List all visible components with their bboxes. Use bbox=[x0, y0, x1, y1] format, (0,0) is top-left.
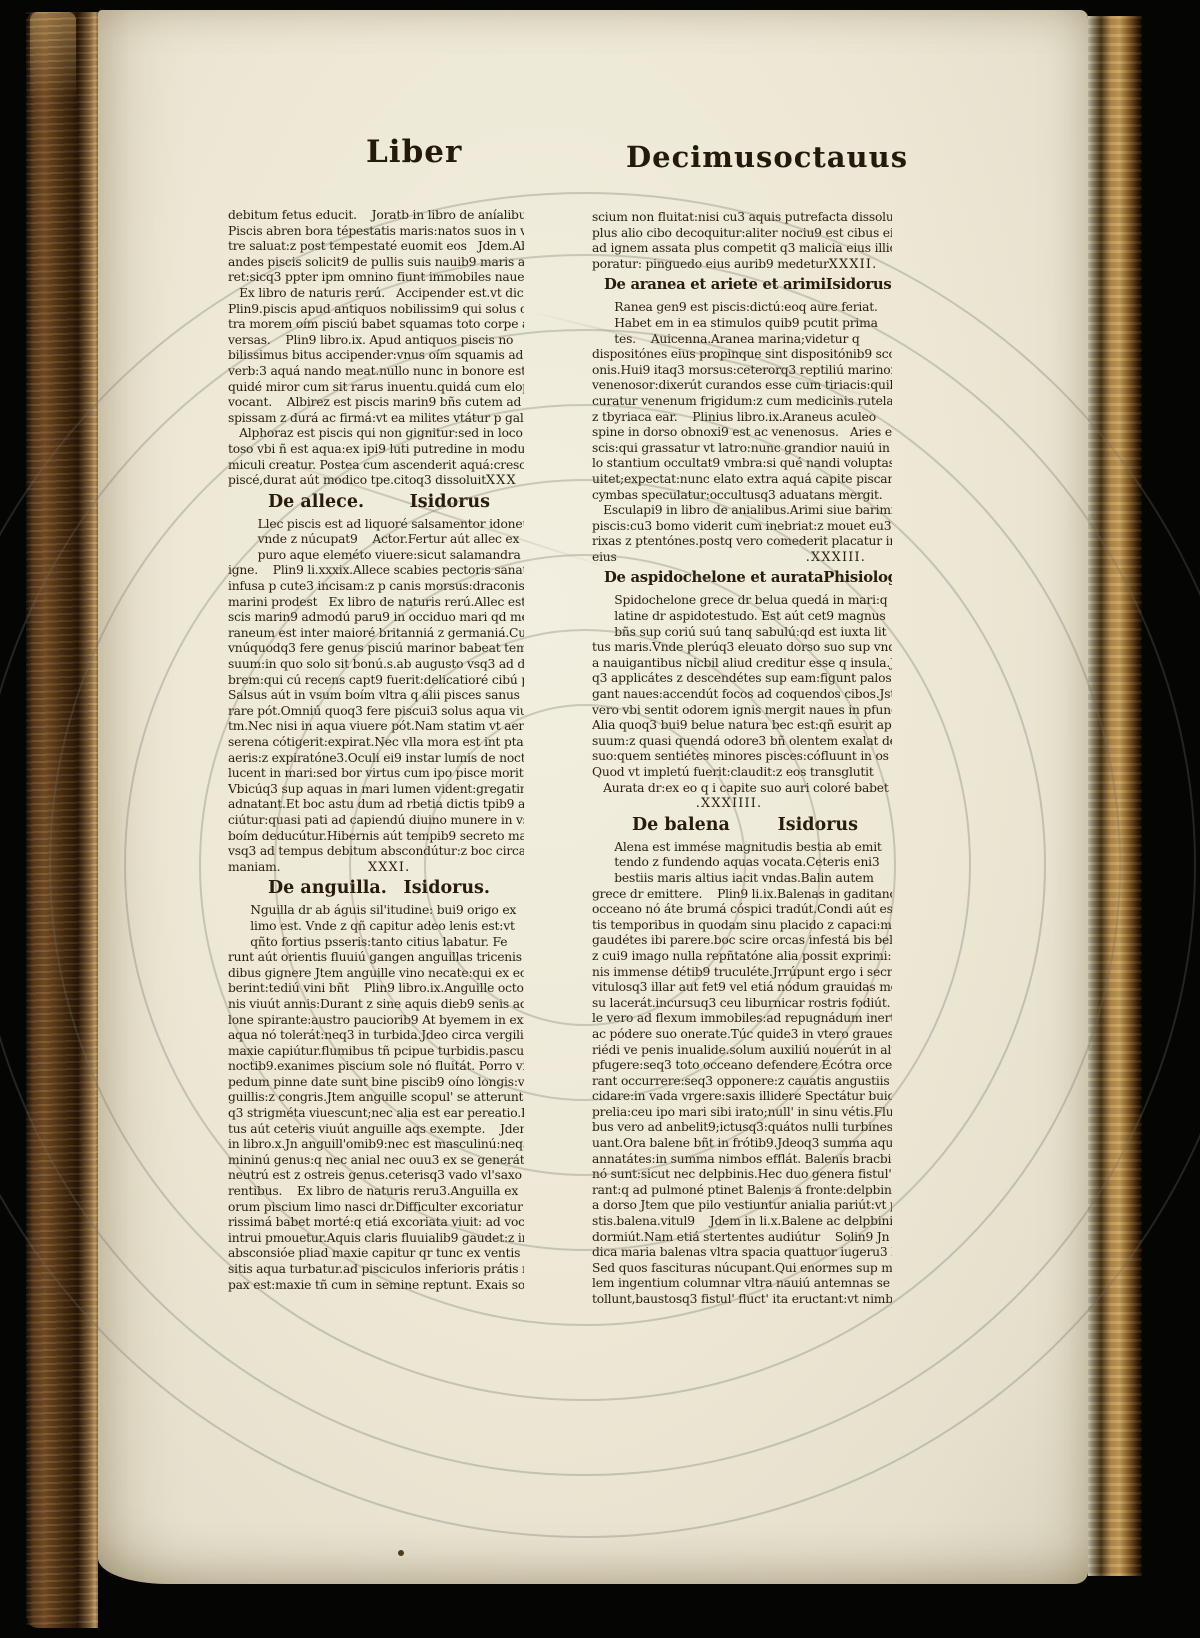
text-line: verb:3 aquá nando meat.nullo nunc in bon… bbox=[228, 364, 524, 380]
text-line: Spidochelone grece dr belua quedá in mar… bbox=[592, 593, 892, 609]
text-line: tre saluat:z post tempestaté euomit eos … bbox=[228, 239, 524, 255]
text-line: puro aque eleméto viuere:sicut salamandr… bbox=[228, 548, 524, 564]
text-line: le vero ad flexum immobiles:ad repugnádu… bbox=[592, 1011, 892, 1027]
text-line: in libro.x.Jn anguill'omib9:nec est masc… bbox=[228, 1137, 524, 1153]
text-line: ad ignem assata plus competit q3 malicia… bbox=[592, 241, 892, 257]
text-line: marini prodest Ex libro de naturis rerú.… bbox=[228, 595, 524, 611]
text-line: gant naues:accendút focos ad coquendos c… bbox=[592, 687, 892, 703]
text-line: Ex libro de naturis rerú. Accipender est… bbox=[228, 286, 524, 302]
text-line: dormiút.Nam etiá stertentes audiútur Sol… bbox=[592, 1230, 892, 1246]
running-header-liber: Liber bbox=[366, 134, 462, 170]
text-line: maniam.XXXI. bbox=[228, 860, 524, 876]
text-line: runt aút orientis fluuiú gangen anguilla… bbox=[228, 950, 524, 966]
text-line: tis temporibus in quodam sinu placido z … bbox=[592, 918, 892, 934]
section-heading: De allece.Isidorus bbox=[228, 489, 524, 517]
text-line: tes. Auicenna.Aranea marina;videtur q bbox=[592, 332, 892, 348]
text-line: spine in dorso obnoxi9 est ac venenosus.… bbox=[592, 425, 892, 441]
text-line: gaudétes ibi parere.boc scire orcas infe… bbox=[592, 933, 892, 949]
text-line: miculi creatur. Postea cum ascenderit aq… bbox=[228, 458, 524, 474]
text-line: tendo z fundendo aquas vocata.Ceteris en… bbox=[592, 855, 892, 871]
text-column-left: debitum fetus educit. Joratb in libro de… bbox=[228, 208, 524, 1316]
text-line: vnde z núcupat9 Actor.Fertur aút allec e… bbox=[228, 532, 524, 548]
text-line: bilissimus bitus accipender:vnus oím squ… bbox=[228, 348, 524, 364]
text-line: pedum pinne date sunt bine piscib9 oíno … bbox=[228, 1075, 524, 1091]
text-line: lucent in mari:sed bor virtus cum ipo pi… bbox=[228, 766, 524, 782]
text-line: toso vbi ñ est aqua:ex ipi9 luti putredi… bbox=[228, 442, 524, 458]
text-line: nis immense détib9 truculéte.Jrrúpunt er… bbox=[592, 965, 892, 981]
text-line: vocant. Albirez est piscis marin9 bñs cu… bbox=[228, 395, 524, 411]
section-heading: De aranea et ariete et arimiIsidorus bbox=[592, 272, 892, 300]
text-line: dibus gignere Jtem anguille vino necate:… bbox=[228, 966, 524, 982]
book-photograph: Liber Decimusoctauus debitum fetus educi… bbox=[0, 0, 1200, 1638]
text-line: scis:qui grassatur vt latro:nunc grandio… bbox=[592, 441, 892, 457]
text-line: vitulosq3 illar aut fet9 vel etiá nódum … bbox=[592, 980, 892, 996]
book-page: Liber Decimusoctauus debitum fetus educi… bbox=[98, 10, 1088, 1584]
text-line: Aurata dr:ex eo q i capite suo auri colo… bbox=[592, 781, 892, 797]
section-heading: De anguilla.Isidorus. bbox=[228, 875, 524, 903]
book-cover-left bbox=[26, 12, 98, 1628]
text-line: riédi ve penis inualide.solum auxiliú no… bbox=[592, 1043, 892, 1059]
text-line: rixas z ptentónes.postq vero comederit p… bbox=[592, 534, 892, 550]
text-line: lone spirante:austro pauciorib9 At byeme… bbox=[228, 1013, 524, 1029]
paper-speck bbox=[398, 1550, 404, 1556]
text-line: vnúquodq3 fere genus pisciú marinor babe… bbox=[228, 641, 524, 657]
text-line: poratur: pinguedo eius aurib9 medeturXXX… bbox=[592, 257, 892, 273]
page-edges-right bbox=[1088, 16, 1142, 1576]
text-line: bestiis maris altius iacit vndas.Balin a… bbox=[592, 871, 892, 887]
text-line: venenosor:dixerút curandos esse cum tiri… bbox=[592, 378, 892, 394]
text-line: q3 applicátes z descendétes sup eam:figu… bbox=[592, 671, 892, 687]
text-line: rant occurrere:seq3 opponere:z cauatis a… bbox=[592, 1074, 892, 1090]
text-line: ac pódere suo onerate.Túc quide3 in vter… bbox=[592, 1027, 892, 1043]
text-line: z tbyriaca ear. Plinius libro.ix.Araneus… bbox=[592, 410, 892, 426]
text-line: onis.Hui9 itaq3 morsus:ceterorq3 reptili… bbox=[592, 363, 892, 379]
text-line: guillis:z congris.Jtem anguille scopul' … bbox=[228, 1090, 524, 1106]
text-line: andes piscis solicit9 de pullis suis nau… bbox=[228, 255, 524, 271]
text-line: igne. Plin9 li.xxxix.Allece scabies pect… bbox=[228, 563, 524, 579]
text-line: stis.balena.vitul9 Jdem in li.x.Balene a… bbox=[592, 1214, 892, 1230]
text-line: boím deducútur.Hibernis aút tempib9 secr… bbox=[228, 829, 524, 845]
text-line: nis viuút annis:Durant z sine aquis dieb… bbox=[228, 997, 524, 1013]
text-line: vero vbi sentit odorem ignis mergit naue… bbox=[592, 703, 892, 719]
text-line: annatátes:in summa nimbos efflát. Baleni… bbox=[592, 1152, 892, 1168]
text-line: q3 strigméta viuescunt;nec alia est ear … bbox=[228, 1106, 524, 1122]
text-line: adnatant.Et boc astu dum ad rbetia dicti… bbox=[228, 797, 524, 813]
text-line: quidé miror cum sit rarus inuentu.quidá … bbox=[228, 380, 524, 396]
text-line: pfugere:seq3 toto occeano defendere Ecót… bbox=[592, 1058, 892, 1074]
text-line: dica maria balenas vltra spacia quattuor… bbox=[592, 1245, 892, 1261]
text-line: pax est:maxie tñ cum in semine reptunt. … bbox=[228, 1278, 524, 1294]
text-line: versas. Plin9 libro.ix. Apud antiquos pi… bbox=[228, 333, 524, 349]
running-header: Liber Decimusoctauus bbox=[98, 128, 1088, 178]
text-line: lem ingentium columnar vltra nauiú antem… bbox=[592, 1276, 892, 1292]
text-line: qñto fortius psseris:tanto citius labatu… bbox=[228, 935, 524, 951]
text-line: nó sunt:sicut nec delpbinis.Hec duo gene… bbox=[592, 1167, 892, 1183]
text-line: prelia:ceu ipo mari sibi irato;null' in … bbox=[592, 1105, 892, 1121]
text-line: Alphoraz est piscis qui non gignitur:sed… bbox=[228, 426, 524, 442]
text-line: debitum fetus educit. Joratb in libro de… bbox=[228, 208, 524, 224]
text-line: uitet;expectat:nunc elato extra aquá cap… bbox=[592, 472, 892, 488]
text-line: suum:in quo solo sit bonú.s.ab augusto v… bbox=[228, 657, 524, 673]
text-line: tus aút ceteris viuút anguille aqs exemp… bbox=[228, 1122, 524, 1138]
text-line: suo:quem sentiétes minores pisces:cófluu… bbox=[592, 749, 892, 765]
text-line: rissimá babet morté:q etiá excoriata viu… bbox=[228, 1215, 524, 1231]
text-line: orum piscium limo nasci dr.Difficulter e… bbox=[228, 1200, 524, 1216]
text-line: bñs sup coriú suú tanq sabulú:qd est iux… bbox=[592, 625, 892, 641]
text-column-right: scium non fluitat:nisi cu3 aquis putrefa… bbox=[592, 210, 892, 1310]
text-line: piscis:cu3 bomo viderit cum inebriat:z m… bbox=[592, 519, 892, 535]
running-header-decimusoctauus: Decimusoctauus bbox=[626, 140, 908, 174]
text-line: brem:qui cú recens capt9 fuerit:delicati… bbox=[228, 673, 524, 689]
text-line: noctib9.exanimes piscium sole nó fluitát… bbox=[228, 1059, 524, 1075]
text-line: mininú genus:q nec anial nec ouu3 ex se … bbox=[228, 1153, 524, 1169]
text-line: plus alio cibo decoquitur:aliter nociu9 … bbox=[592, 226, 892, 242]
text-line: maxie capiútur.flumibus tñ pcipue turbid… bbox=[228, 1044, 524, 1060]
text-line: raneum est inter maioré britanniá z germ… bbox=[228, 626, 524, 642]
text-line: limo est. Vnde z qñ capitur adeo lenis e… bbox=[228, 919, 524, 935]
text-line: Plin9.piscis apud antiquos nobilissim9 q… bbox=[228, 302, 524, 318]
text-line: scium non fluitat:nisi cu3 aquis putrefa… bbox=[592, 210, 892, 226]
text-line: .XXXIIII. bbox=[592, 796, 892, 812]
text-line: cymbas speculatur:occultusq3 aduatans me… bbox=[592, 488, 892, 504]
text-line: lo stantium occultat9 vmbra:si qué nandi… bbox=[592, 456, 892, 472]
text-line: infusa p cute3 incisam:z p canis morsus:… bbox=[228, 579, 524, 595]
text-line: Esculapi9 in libro de anialibus.Arimi si… bbox=[592, 503, 892, 519]
text-line: sitis aqua turbatur.ad pisciculos inferi… bbox=[228, 1262, 524, 1278]
text-line: rare pót.Omniú quoq3 fere piscui3 solus … bbox=[228, 704, 524, 720]
text-line: neutrú est z ostreis genus.ceterisq3 vad… bbox=[228, 1168, 524, 1184]
text-line: latine dr aspidotestudo. Est aút cet9 ma… bbox=[592, 609, 892, 625]
text-line: Alena est immése magnitudis bestia ab em… bbox=[592, 840, 892, 856]
text-line: Sed quos fascituras núcupant.Qui enormes… bbox=[592, 1261, 892, 1277]
text-line: intrui pmouetur.Aquis claris fluuialib9 … bbox=[228, 1231, 524, 1247]
text-line: berint:tediú vini bñt Plin9 libro.ix.Ang… bbox=[228, 981, 524, 997]
text-line: a nauigantibus nicbil aliud creditur ess… bbox=[592, 656, 892, 672]
text-line: cidare:in vada vrgere:saxis illidere Spe… bbox=[592, 1089, 892, 1105]
text-line: curatur venenum frigidum:z cum medicinis… bbox=[592, 394, 892, 410]
text-line: tm.Nec nisi in aqua viuere pót.Nam stati… bbox=[228, 719, 524, 735]
text-line: absconsióe pliad maxie capitur qr tunc e… bbox=[228, 1246, 524, 1262]
text-line: Vbicúq3 sup aquas in mari lumen vident:g… bbox=[228, 782, 524, 798]
text-line: Habet em in ea stimulos quib9 pcutit pri… bbox=[592, 316, 892, 332]
text-line: a dorso Jtem que pilo vestiuntur anialia… bbox=[592, 1198, 892, 1214]
text-line: aeris:z expiratóne3.Oculi ei9 instar lum… bbox=[228, 751, 524, 767]
text-line: spissam z durá ac firmá:vt ea milites vt… bbox=[228, 411, 524, 427]
text-line: ret:sicq3 ppter ipm omnino fiunt immobil… bbox=[228, 270, 524, 286]
text-line: piscé,durat aút modico tpe.citoq3 dissol… bbox=[228, 473, 524, 489]
text-line: Nguilla dr ab águis sil'itudine: bui9 or… bbox=[228, 903, 524, 919]
text-line: Piscis abren bora tépestatis maris:natos… bbox=[228, 224, 524, 240]
text-line: su lacerát.incursuq3 ceu liburnicar rost… bbox=[592, 996, 892, 1012]
text-line: occeano nó áte brumá cóspici tradút.Cond… bbox=[592, 902, 892, 918]
text-line: Quod vt impletú fuerit:claudit:z eos tra… bbox=[592, 765, 892, 781]
text-line: rant:q ad pulmoné ptinet Balenis a front… bbox=[592, 1183, 892, 1199]
text-line: rentibus. Ex libro de naturis reru3.Angu… bbox=[228, 1184, 524, 1200]
text-line: tra morem oím pisciú babet squamas toto … bbox=[228, 317, 524, 333]
text-line: ciútur:quasi pati ad capiendú diuino mun… bbox=[228, 813, 524, 829]
text-line: tus maris.Vnde plerúq3 eleuato dorso suo… bbox=[592, 640, 892, 656]
section-heading: De aspidochelone et aurataPhisiologus bbox=[592, 565, 892, 593]
text-line: grece dr emittere. Plin9 li.ix.Balenas i… bbox=[592, 887, 892, 903]
text-line: serena cótigerit:expirat.Nec vlla mora e… bbox=[228, 735, 524, 751]
text-line: uant.Ora balene bñt in frótib9.Jdeoq3 su… bbox=[592, 1136, 892, 1152]
section-heading: De balenaIsidorus bbox=[592, 812, 892, 840]
text-line: Alia quoq3 bui9 belue natura bec est:qñ … bbox=[592, 718, 892, 734]
text-line: tollunt,baustosq3 fistul' fluct' ita eru… bbox=[592, 1292, 892, 1308]
text-line: aqua nó tolerát:neq3 in turbida.Jdeo cir… bbox=[228, 1028, 524, 1044]
text-line: z cui9 imago nulla repñtatóne alia possi… bbox=[592, 949, 892, 965]
text-line: Ranea gen9 est piscis:dictú:eoq aure fer… bbox=[592, 300, 892, 316]
text-line: vsq3 ad tempus debitum abscondútur:z boc… bbox=[228, 844, 524, 860]
text-line: scis marin9 admodú paru9 in occiduo mari… bbox=[228, 610, 524, 626]
text-line: suum:z quasi quendá odore3 bñ olentem ex… bbox=[592, 734, 892, 750]
text-line: Llec piscis est ad liquoré salsamentor i… bbox=[228, 517, 524, 533]
text-line: eius.XXXIII. bbox=[592, 550, 892, 566]
text-line: dispositónes eius propinque sint disposi… bbox=[592, 347, 892, 363]
text-line: Salsus aút in vsum boím vltra q alii pis… bbox=[228, 688, 524, 704]
text-line: bus vero ad anbelit9;ictusq3:quátos null… bbox=[592, 1120, 892, 1136]
